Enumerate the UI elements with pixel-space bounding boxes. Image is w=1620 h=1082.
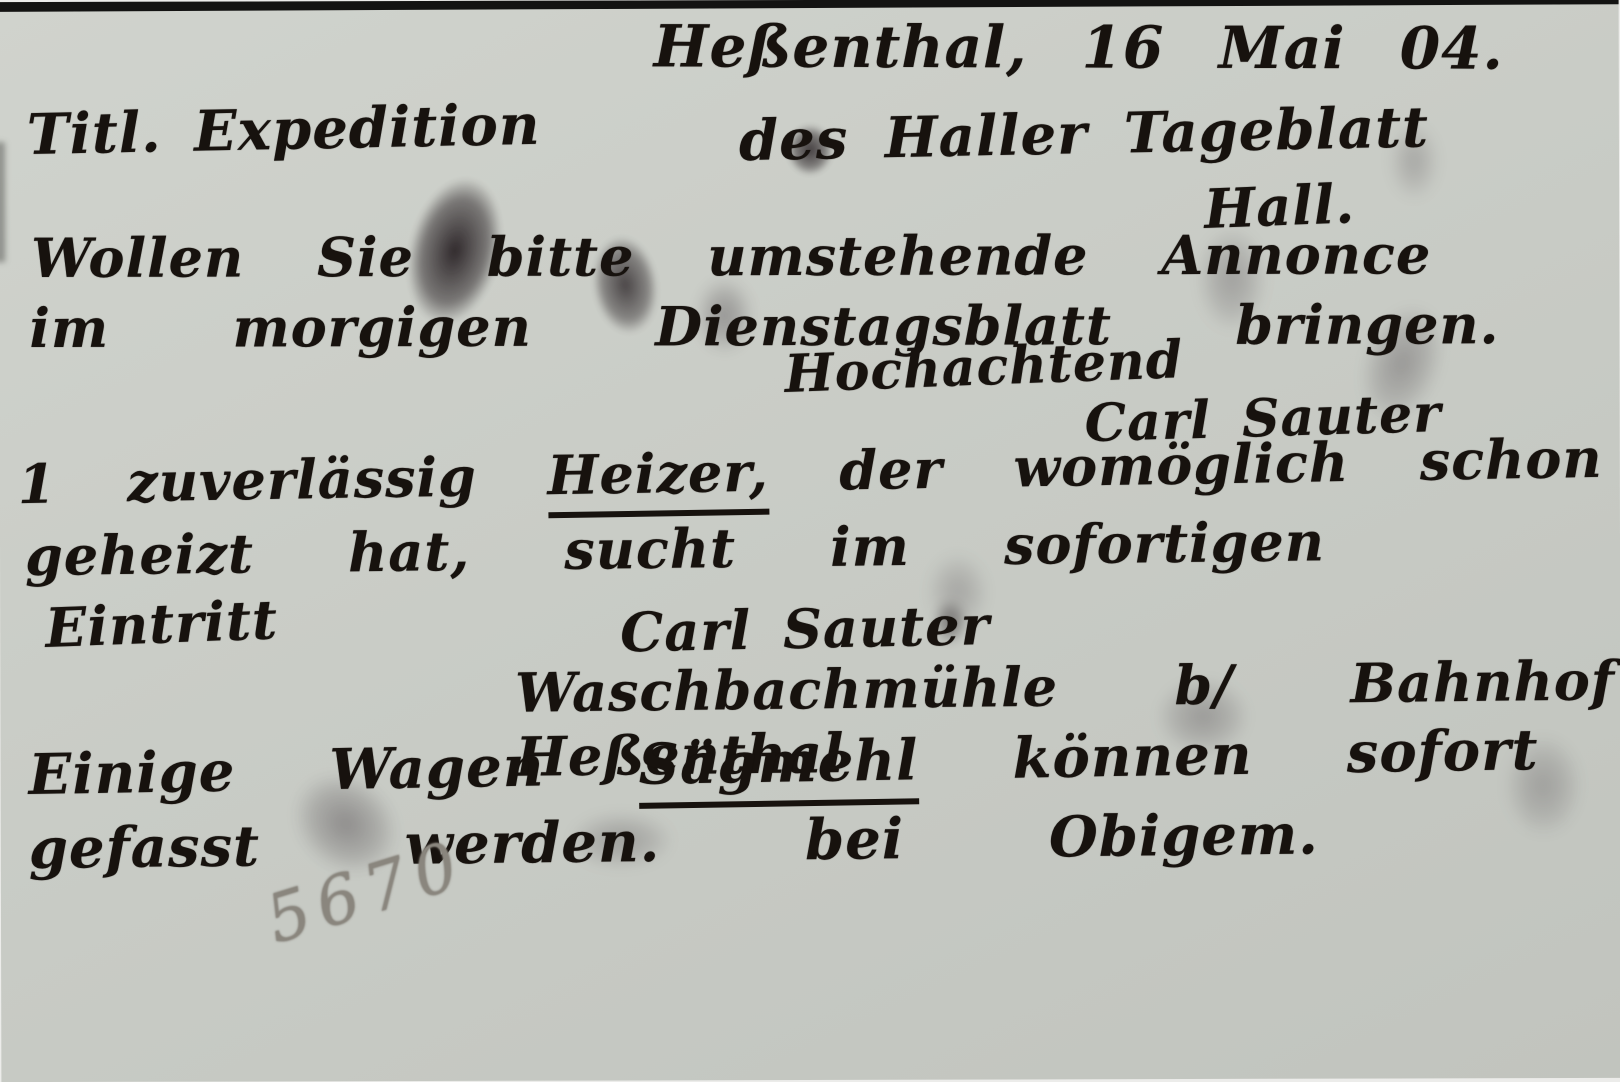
ad-line-1: 1 zuverlässig Heizer, der womöglich scho… [17,426,1603,516]
ad-line-2: geheizt hat, sucht im sofortigen [25,509,1326,588]
ad-line-5-pre: Einige Wagen [28,733,545,808]
ad-keyword-heizer: Heizer, [547,440,769,519]
ad-line-6: gefasst werden. bei Obigem. [28,801,1319,882]
message-line-1: Wollen Sie bitte umstehende Annonce [31,222,1431,290]
ad-line-5-post: können sofort [1012,717,1539,792]
ad-line-5: Einige Wagen Sägmehl können sofort [28,717,1539,808]
dateline: Heßenthal, 16 Mai 04. [654,12,1504,82]
ad-line-1-post: der womöglich schon [839,426,1603,503]
ad-signature: Carl Sauter [620,593,991,664]
ad-line-1-pre: 1 zuverlässig [17,444,477,516]
address-newspaper: des Haller Tageblatt [738,94,1429,174]
scan-edge [0,0,1620,12]
address-title: Titl. Expedition [26,92,541,168]
postcard: Heßenthal, 16 Mai 04. Titl. Expedition d… [0,0,1620,1080]
message-line-2: im morgigen Dienstagsblatt bringen. [29,292,1499,360]
ad-keyword-saegmehl: Sägmehl [638,727,919,809]
scan-edge-mark [0,142,5,262]
ad-eintritt: Eintritt [44,587,279,660]
